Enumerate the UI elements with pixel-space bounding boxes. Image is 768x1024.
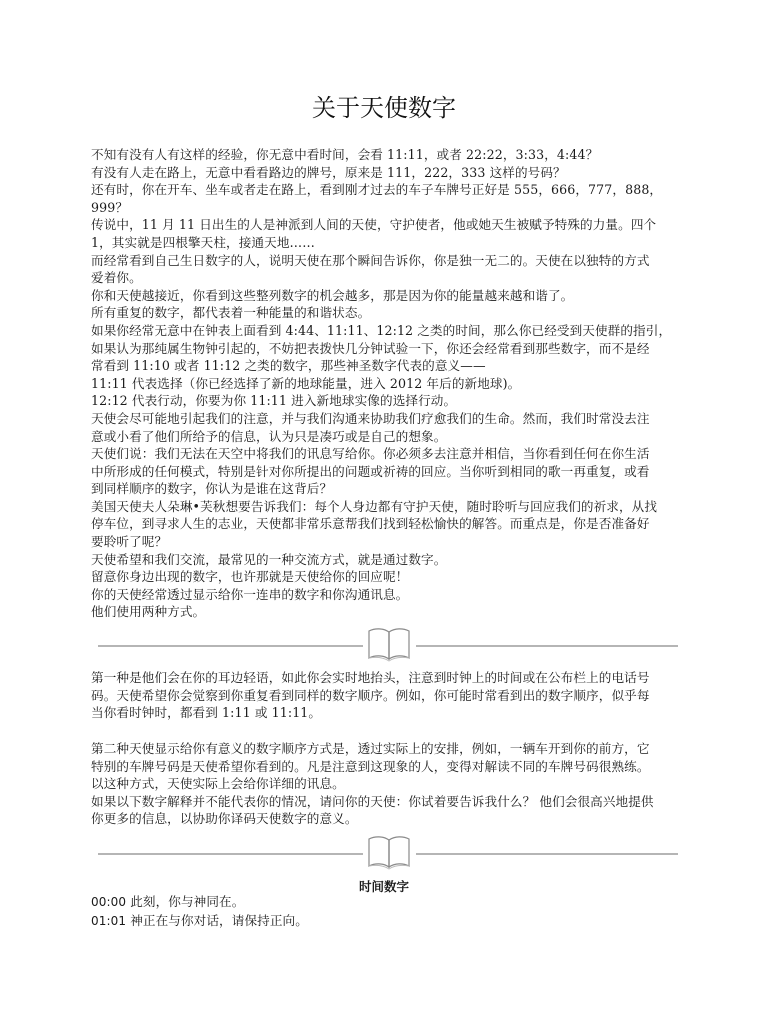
- text-line: 第二种天使显示给你有意义的数字顺序方式是，透过实际上的安排，例如，一辆车开到你的…: [91, 740, 691, 758]
- text-line: 有没有人走在路上，无意中看看路边的牌号，原来是 111，222，333 这样的号…: [91, 164, 691, 182]
- document-title: 关于天使数字: [0, 88, 768, 123]
- text-line: 12:12 代表行动，你要为你 11:11 进入新地球实像的选择行动。: [91, 392, 691, 410]
- intro-section: 不知有没有人有这样的经验，你无意中看时间，会看 11:11，或者 22:22，3…: [91, 146, 691, 621]
- time-meaning: 此刻，你与神同在。: [126, 894, 244, 909]
- text-line: 11:11 代表选择（你已经选择了新的地球能量，进入 2012 年后的新地球)。: [91, 375, 691, 393]
- text-line: 你更多的信息，以协助你译码天使数字的意义。: [91, 810, 691, 828]
- text-line: 特别的车牌号码是天使希望你看到的。凡是注意到这现象的人，变得对解读不同的车牌号码…: [91, 758, 691, 776]
- text-line: 美国天使夫人朵琳•芙秋想要告诉我们：每个人身边都有守护天使，随时聆听与回应我们的…: [91, 498, 691, 516]
- text-line: 不知有没有人有这样的经验，你无意中看时间，会看 11:11，或者 22:22，3…: [91, 146, 691, 164]
- time-value: 00:00: [91, 895, 126, 909]
- text-line: 意或小看了他们所给予的信息，认为只是凑巧或是自己的想象。: [91, 428, 691, 446]
- open-book-icon: [366, 627, 412, 663]
- first-way-section: 第一种是他们会在你的耳边轻语，如此你会实时地抬头，注意到时钟上的时间或在公布栏上…: [91, 669, 691, 722]
- open-book-icon: [366, 835, 412, 871]
- text-line: 他们使用两种方式。: [91, 603, 691, 621]
- section-divider: [98, 833, 678, 873]
- text-line: 你和天使越接近，你看到这些整列数字的机会越多，那是因为你的能量越来越和谐了。: [91, 287, 691, 305]
- text-line: 你的天使经常透过显示给你一连串的数字和你沟通讯息。: [91, 586, 691, 604]
- time-numbers-list: 00:00 此刻，你与神同在。 01:01 神正在与你对话，请保持正向。: [91, 893, 691, 930]
- text-line: 如果你经常无意中在钟表上面看到 4:44、11:11、12:12 之类的时间，那…: [91, 322, 691, 340]
- text-line: 当你看时钟时，都看到 1:11 或 11:11。: [91, 704, 691, 722]
- text-line: 天使会尽可能地引起我们的注意，并与我们沟通来协助我们疗愈我们的生命。然而，我们时…: [91, 410, 691, 428]
- text-line: 停车位，到寻求人生的志业，天使都非常乐意帮我们找到轻松愉快的解答。而重点是，你是…: [91, 515, 691, 533]
- text-line: 常看到 11:10 或者 11:12 之类的数字，那些神圣数字代表的意义——: [91, 357, 691, 375]
- time-number-entry: 01:01 神正在与你对话，请保持正向。: [91, 912, 691, 931]
- text-line: 天使们说：我们无法在天空中将我们的讯息写给你。你必须多去注意并相信，当你看到任何…: [91, 445, 691, 463]
- text-line: 爱着你。: [91, 269, 691, 287]
- second-way-section: 第二种天使显示给你有意义的数字顺序方式是，透过实际上的安排，例如，一辆车开到你的…: [91, 740, 691, 828]
- text-line: 1，其实就是四根擎天柱，接通天地……: [91, 234, 691, 252]
- text-line: 第一种是他们会在你的耳边轻语，如此你会实时地抬头，注意到时钟上的时间或在公布栏上…: [91, 669, 691, 687]
- time-number-entry: 00:00 此刻，你与神同在。: [91, 893, 691, 912]
- divider-line: [98, 645, 363, 647]
- divider-line: [416, 853, 678, 855]
- text-line: 以这种方式，天使实际上会给你详细的讯息。: [91, 775, 691, 793]
- section-divider: [98, 625, 678, 665]
- time-value: 01:01: [91, 914, 126, 928]
- text-line: 传说中，11 月 11 日出生的人是神派到人间的天使，守护使者，他或她天生被赋予…: [91, 216, 691, 234]
- time-meaning: 神正在与你对话，请保持正向。: [126, 913, 308, 928]
- text-line: 而经常看到自己生日数字的人，说明天使在那个瞬间告诉你，你是独一无二的。天使在以独…: [91, 252, 691, 270]
- text-line: 还有时，你在开车、坐车或者走在路上，看到刚才过去的车子车牌号正好是 555，66…: [91, 181, 691, 199]
- text-line: 如果以下数字解释并不能代表你的情况，请问你的天使：你试着要告诉我什么？ 他们会很…: [91, 793, 691, 811]
- text-line: 天使希望和我们交流，最常见的一种交流方式，就是通过数字。: [91, 551, 691, 569]
- text-line: 要聆听了呢？: [91, 533, 691, 551]
- text-line: 到同样顺序的数字，你认为是谁在这背后？: [91, 480, 691, 498]
- divider-line: [98, 853, 363, 855]
- text-line: 留意你身边出现的数字，也许那就是天使给你的回应呢！: [91, 568, 691, 586]
- text-line: 码。天使希望你会觉察到你重复看到同样的数字顺序。例如，你可能时常看到出的数字顺序…: [91, 687, 691, 705]
- text-line: 999？: [91, 199, 691, 217]
- text-line: 所有重复的数字，都代表着一种能量的和谐状态。: [91, 304, 691, 322]
- divider-line: [416, 645, 678, 647]
- text-line: 中所形成的任何模式，特别是针对你所提出的问题或祈祷的回应。当你听到相同的歌一再重…: [91, 463, 691, 481]
- text-line: 如果认为那纯属生物钟引起的，不妨把表拨快几分钟试验一下，你还会经常看到那些数字，…: [91, 340, 691, 358]
